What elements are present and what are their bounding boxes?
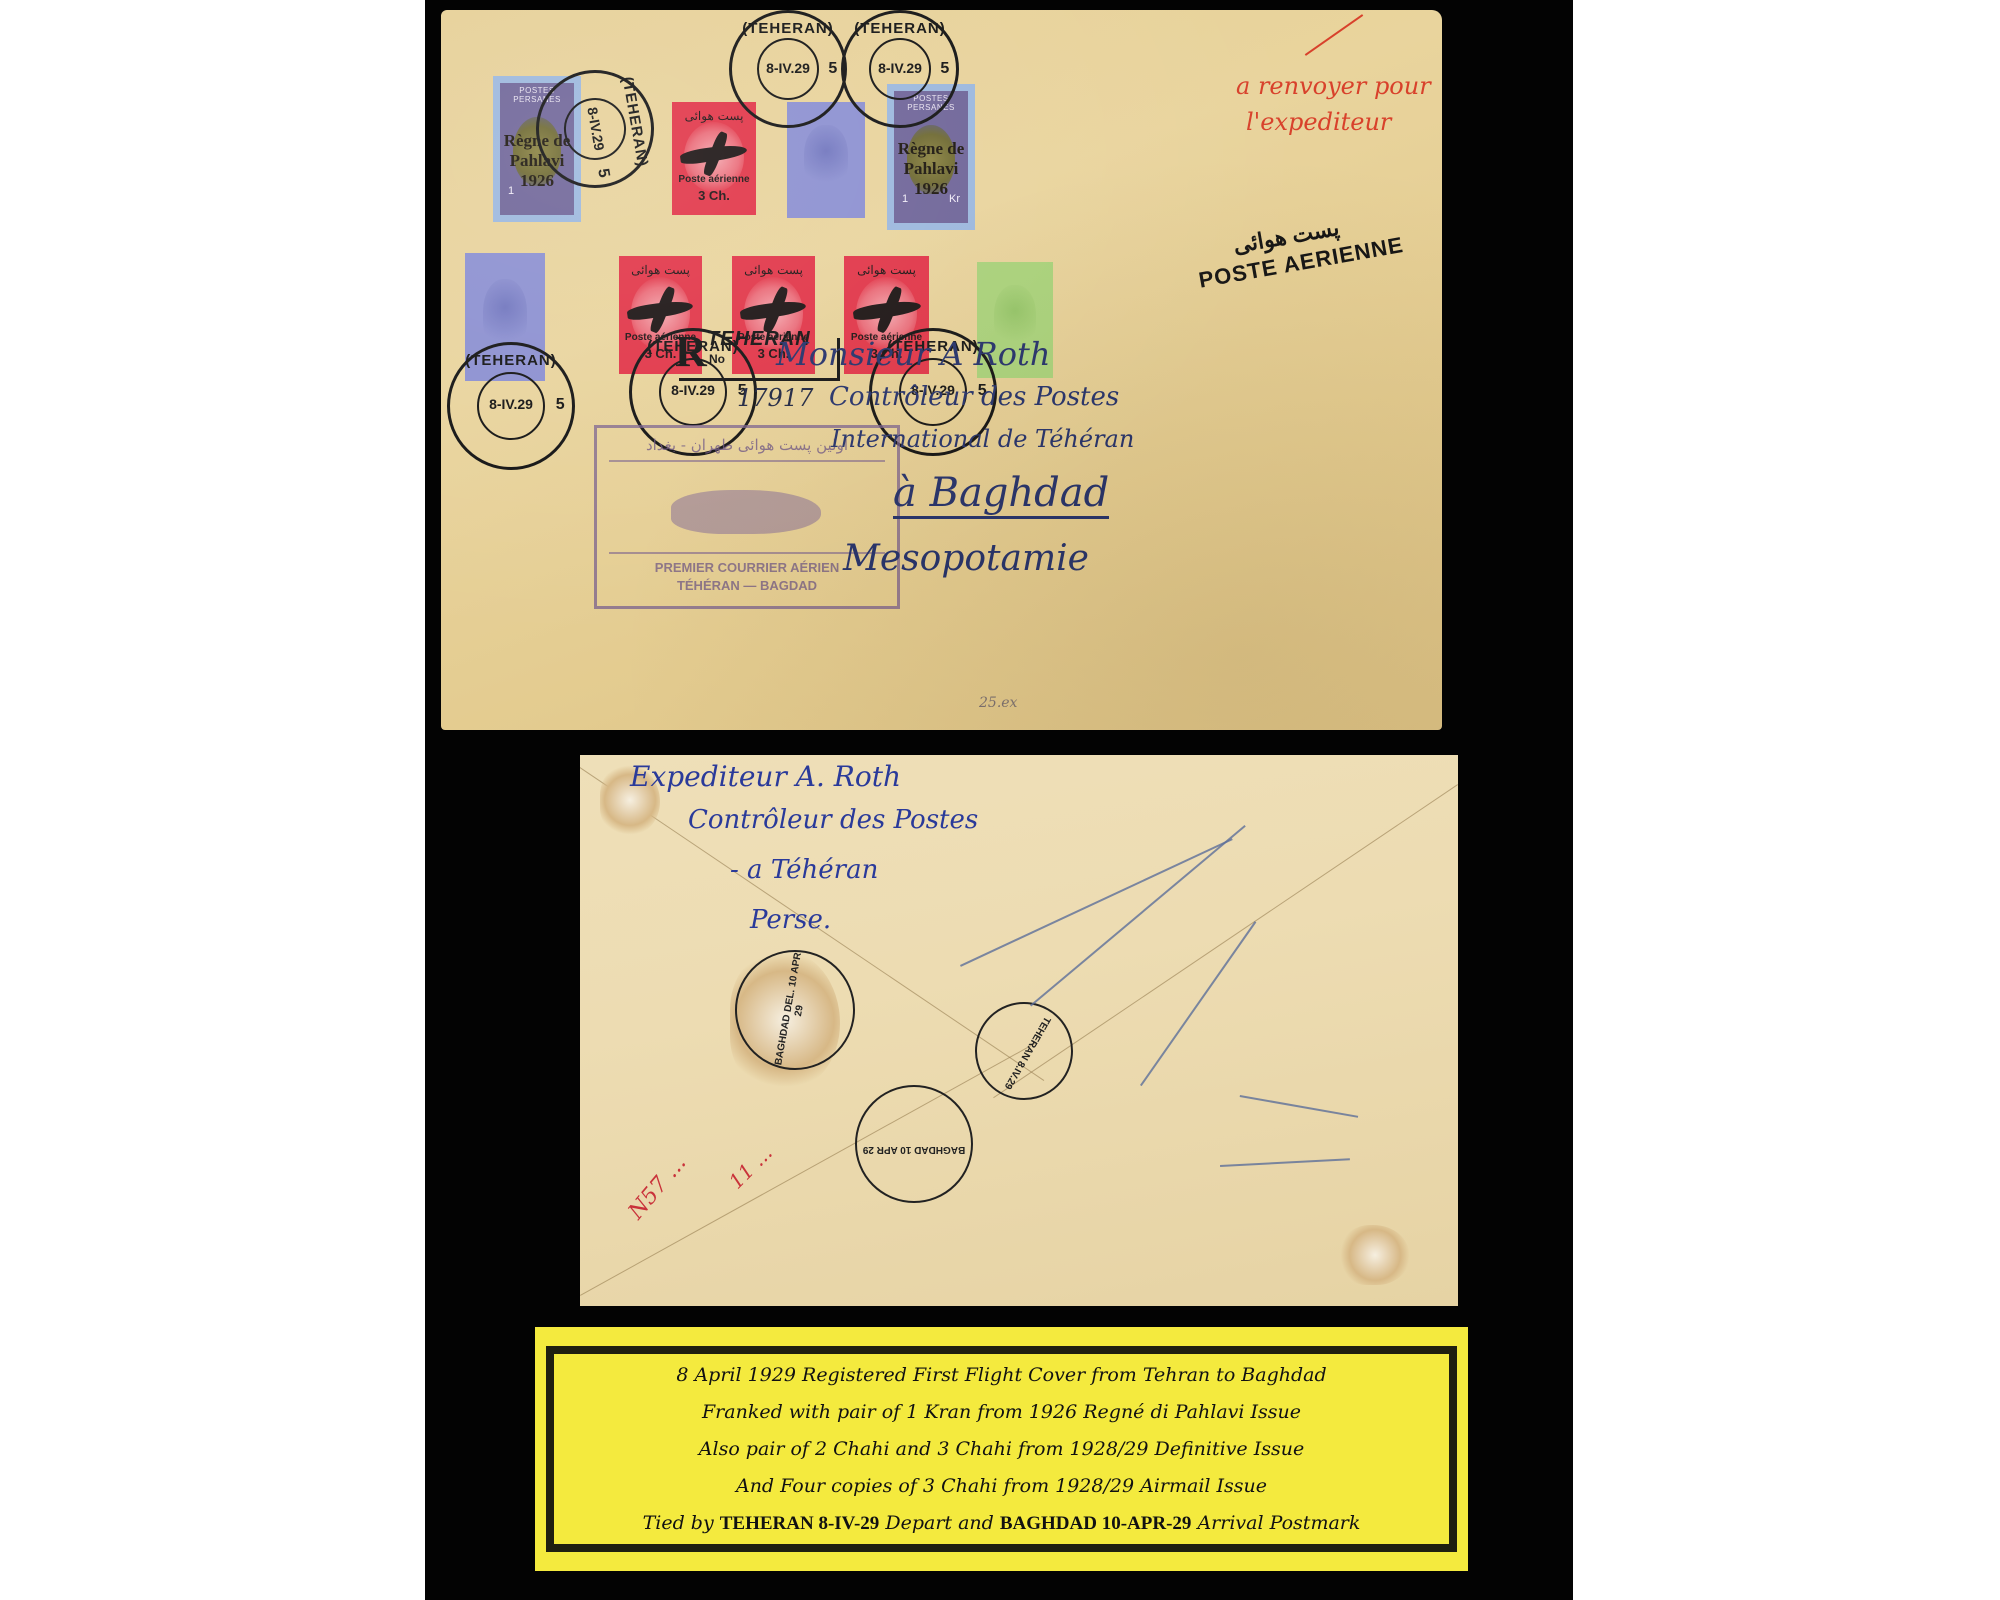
red-pencil-note-2: 11 ...: [724, 1141, 777, 1194]
caption-line-3: Also pair of 2 Chahi and 3 Chahi from 19…: [699, 1431, 1304, 1468]
sender-line-2: Contrôleur des Postes: [688, 805, 978, 835]
cover-front: POSTES PERSANES Règne de Pahlavi 1926 1 …: [441, 10, 1442, 730]
blue-pencil-mark: [1220, 1158, 1350, 1167]
sender-line-1: Expediteur A. Roth: [630, 760, 901, 793]
red-return-note-line-1: a renvoyer pour: [1236, 72, 1431, 100]
description-caption: 8 April 1929 Registered First Flight Cov…: [535, 1327, 1468, 1571]
airplane-overprint: [680, 143, 748, 166]
stain: [1340, 1225, 1410, 1285]
red-return-note-line-2: l'expediteur: [1246, 108, 1391, 136]
address-line-3: International de Téhéran: [831, 425, 1134, 453]
address-line-5: Mesopotamie: [843, 538, 1089, 579]
postmark-teheran-4: (TEHERAN) 8-IV.29 5: [447, 342, 575, 470]
airplane-cachet-icon: [671, 490, 821, 534]
caption-line-1: 8 April 1929 Registered First Flight Cov…: [676, 1357, 1326, 1394]
caption-frame: 8 April 1929 Registered First Flight Cov…: [546, 1346, 1457, 1552]
postmark-baghdad-arrival: BAGHDAD 10 APR 29: [855, 1085, 973, 1203]
airplane-overprint: [740, 299, 808, 322]
address-line-2: Contrôleur des Postes: [829, 382, 1119, 412]
caption-line-5: Tied by TEHERAN 8-IV-29 Depart and BAGHD…: [643, 1505, 1361, 1542]
caption-line-2: Franked with pair of 1 Kran from 1926 Re…: [702, 1394, 1301, 1431]
airplane-overprint: [852, 299, 921, 322]
postmark-teheran-2: (TEHERAN) 8-IV.29 5: [729, 10, 847, 128]
pencil-note: 25.ex: [979, 695, 1017, 711]
registration-number: 17917: [737, 384, 813, 412]
poste-aerienne-handstamp: پست هوائی POSTE AERIENNE: [1192, 204, 1406, 293]
sender-line-3: - a Téhéran: [730, 855, 878, 885]
address-line-1: Monsieur A Roth: [776, 335, 1050, 373]
postmark-teheran-3: (TEHERAN) 8-IV.29 5: [841, 10, 959, 128]
postmark-teheran-back: TEHERAN 8.IV.29: [957, 984, 1091, 1118]
blue-pencil-mark: [1140, 921, 1256, 1086]
caption-line-4: And Four copies of 3 Chahi from 1928/29 …: [736, 1468, 1267, 1505]
sender-line-4: Perse.: [750, 905, 831, 935]
airplane-overprint: [627, 299, 695, 322]
blue-pencil-mark: [1240, 1095, 1359, 1118]
red-pencil-note-1: N57 ...: [624, 1151, 692, 1225]
address-line-4: à Baghdad: [893, 470, 1109, 519]
red-check-mark-icon: [1305, 14, 1363, 56]
cover-back: Expediteur A. Roth Contrôleur des Postes…: [580, 755, 1458, 1306]
stamp-3-chahi-airmail: پست هوائی Poste aérienne 3 Ch.: [666, 96, 762, 221]
